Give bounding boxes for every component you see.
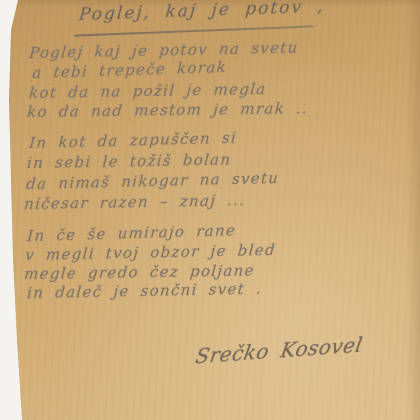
poem-line: ko da nad mestom je mrak .. <box>26 99 309 121</box>
poet-signature: Srečko Kosovel <box>194 332 365 368</box>
paper-sheet: Poglej, kaj je potov , Poglej kaj je pot… <box>0 0 420 420</box>
manuscript-photo: Poglej, kaj je potov , Poglej kaj je pot… <box>0 0 420 420</box>
poem-line: a tebi trepeče korak <box>32 58 228 82</box>
poem-line: kot da na požil je megla <box>28 80 267 102</box>
poem-line: Poglej kaj je potov na svetu <box>28 38 299 62</box>
poem-line: da nimaš nikogar na svetu <box>26 169 280 193</box>
poem-line: v megli tvoj obzor je bled <box>24 241 276 264</box>
poem-line: in daleč je sončni svet . <box>26 279 263 302</box>
poem-line: ničesar razen – znaj ... <box>23 191 246 213</box>
poem-line: in sebi le tožiš bolan <box>26 150 232 172</box>
poem-title: Poglej, kaj je potov , <box>78 0 325 25</box>
poem-line: In kot da zapuščen si <box>29 129 238 152</box>
title-underline <box>74 25 314 36</box>
